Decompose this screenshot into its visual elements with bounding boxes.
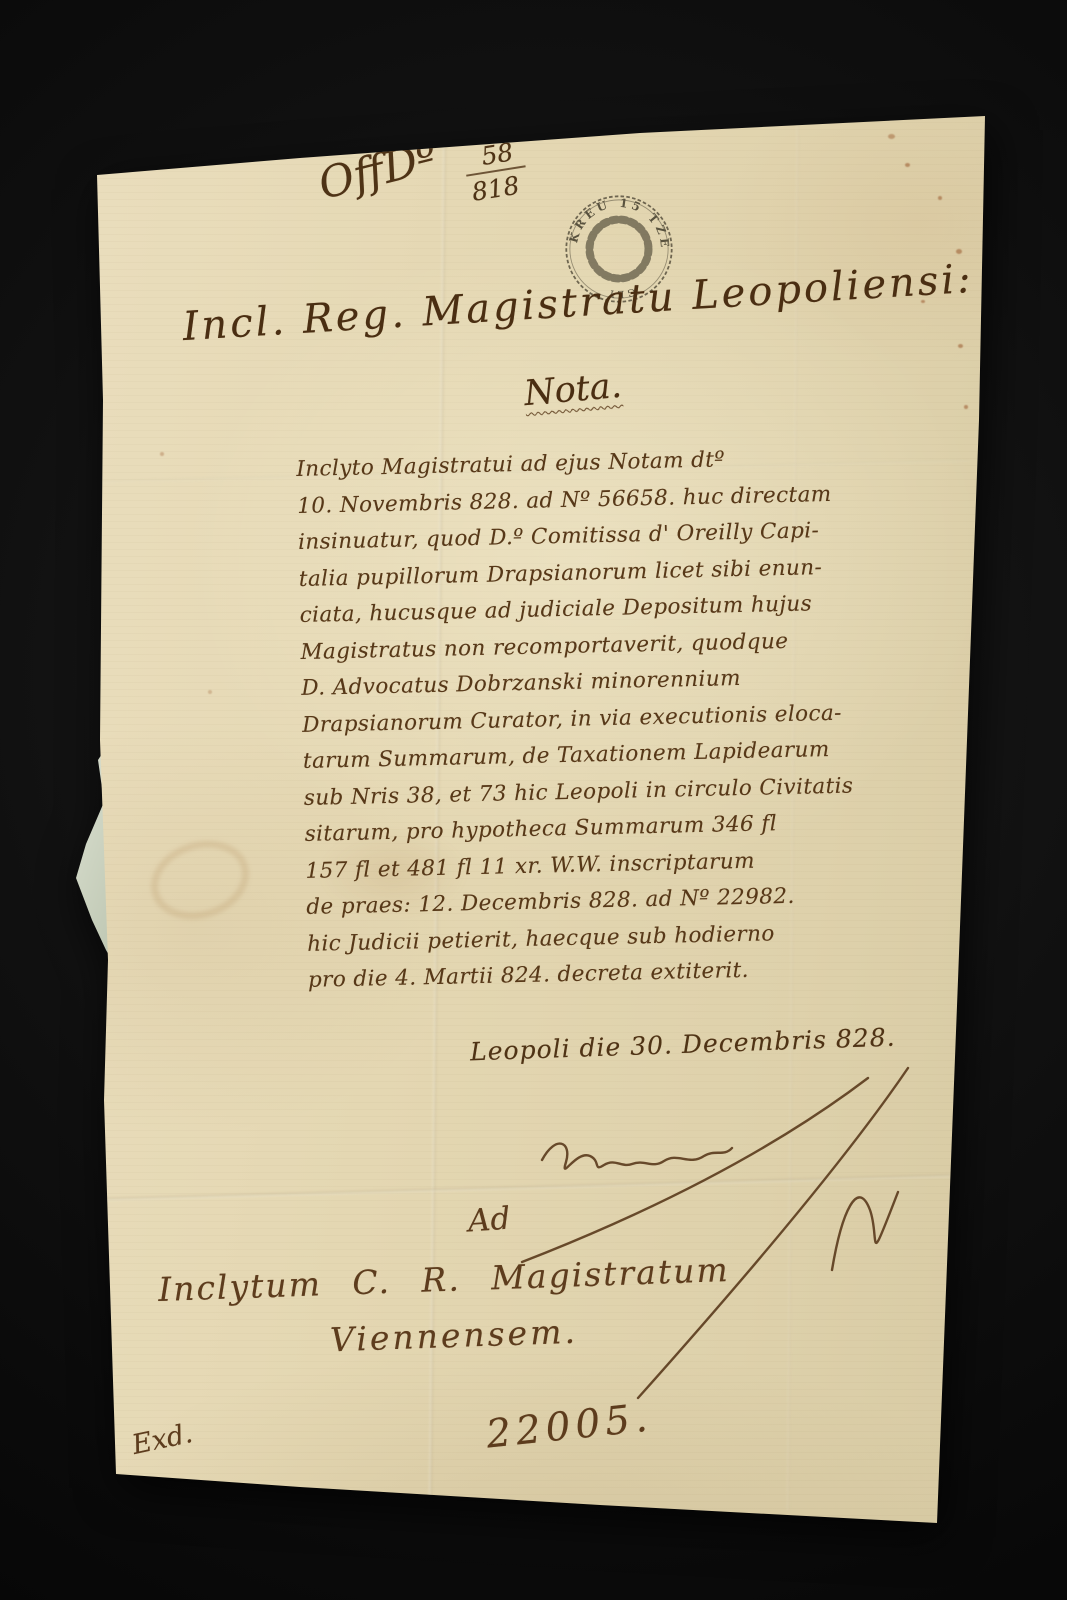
corner-note: Exd. [129,1418,195,1461]
photo-background: OffDº 58 818 KREU 15 TZER GLY Incl. Reg.… [0,0,1067,1600]
document-title: Nota. [522,366,623,414]
docket-notation: OffDº [314,132,443,210]
rust-speck [905,163,910,167]
ink-speck [160,452,164,456]
paper-wrapper: OffDº 58 818 KREU 15 TZER GLY Incl. Reg.… [0,0,1067,1600]
rust-speck [958,344,963,348]
rust-speck [938,196,942,200]
rust-speck [956,249,962,254]
rust-speck [888,134,895,139]
closing-ad: Ad [467,1201,512,1240]
docket-fraction: 58 818 [461,136,530,208]
signature-flourish [430,1060,950,1420]
body-text: Inclyto Magistratui ad ejus Notam dtº 10… [296,440,858,1000]
ink-speck [208,690,212,694]
letter-paper: OffDº 58 818 KREU 15 TZER GLY Incl. Reg.… [0,0,1067,1600]
ring-stain [141,828,260,931]
rust-speck [964,405,968,409]
